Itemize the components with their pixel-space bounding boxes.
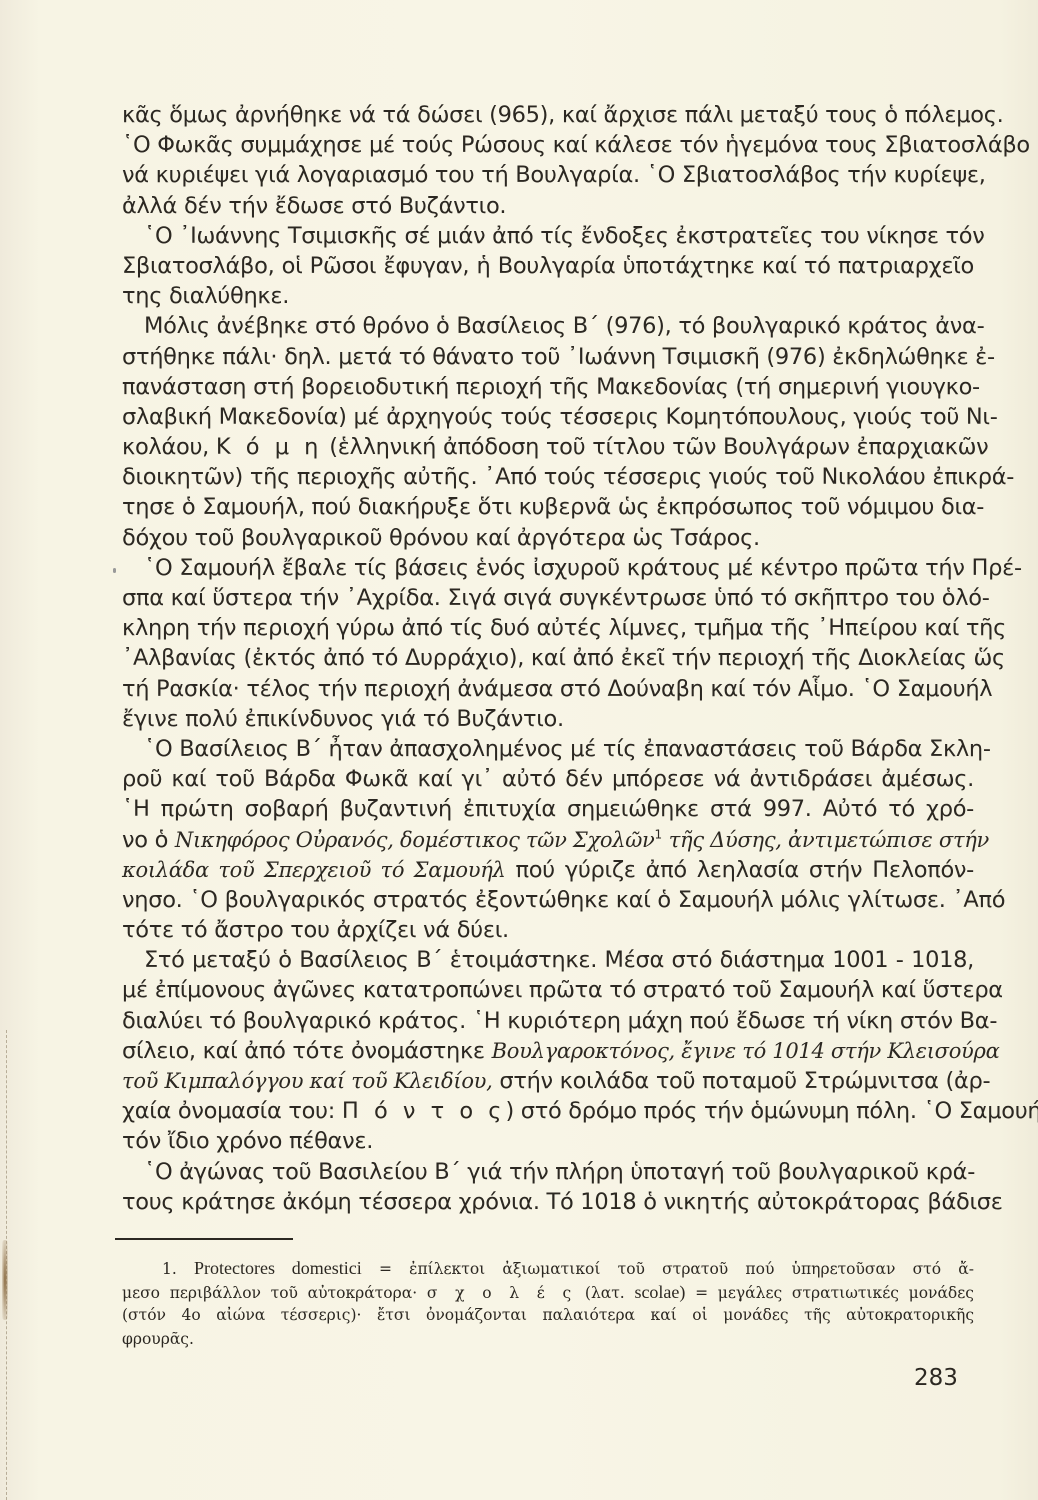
footnote-line: φρουρᾶς. bbox=[122, 1328, 974, 1352]
text-line: τή Ρασκία· τέλος τήν περιοχή ἀνάμεσα στό… bbox=[122, 674, 974, 704]
text-line: διαλύει τό βουλγαρικό κράτος. ῾Η κυριότε… bbox=[122, 1006, 974, 1036]
text-fragment: μεσο περιβάλλον τοῦ αὐτοκράτορα· bbox=[122, 1284, 417, 1302]
book-page: κᾶς ὅμως ἀρνήθηκε νά τά δώσει (965), καί… bbox=[0, 0, 1038, 1500]
text-line: ῾Ο ἀγώνας τοῦ Βασιλείου Β΄ γιά τήν πλήρη… bbox=[122, 1157, 974, 1187]
page-edge-stain bbox=[2, 1240, 8, 1320]
text-line: στήθηκε πάλι· δηλ. μετά τό θάνατο τοῦ ᾿Ι… bbox=[122, 342, 974, 372]
text-line: νά κυριέψει γιά λογαριασμό του τή Βουλγα… bbox=[122, 160, 974, 190]
text-line: ῾Ο ᾿Ιωάννης Τσιμισκῆς σέ μιάν ἀπό τίς ἔν… bbox=[122, 221, 974, 251]
text-fragment: σίλειο, καί ἀπό τότε ὀνομάστηκε bbox=[122, 1038, 485, 1064]
text-line: σλαβική Μακεδονία) μέ ἀρχηγούς τούς τέσσ… bbox=[122, 402, 974, 432]
text-line: χαία ὀνομασία του: Π ό ν τ ο ς) στό δρόμ… bbox=[122, 1096, 974, 1126]
spaced-term-pontos: Π ό ν τ ο ς bbox=[342, 1098, 506, 1124]
text-fragment: χαία ὀνομασία του: bbox=[122, 1098, 335, 1124]
text-line: τησε ὁ Σαμουήλ, πού διακήρυξε ὅτι κυβερν… bbox=[122, 492, 974, 522]
text-fragment: κολάου, bbox=[122, 434, 209, 460]
margin-mark bbox=[113, 568, 116, 573]
text-line: ῾Ο Φωκᾶς συμμάχησε μέ τούς Ρώσους καί κά… bbox=[122, 130, 974, 160]
text-line: κοιλάδα τοῦ Σπερχειοῦ τό Σαμουήλ πού γύρ… bbox=[122, 855, 974, 885]
spaced-term-scholes: σ χ ο λ έ ς bbox=[427, 1284, 575, 1302]
latin-term: scolae) bbox=[634, 1282, 685, 1302]
italic-fragment: κοιλάδα τοῦ Σπερχειοῦ τό Σαμουήλ bbox=[122, 858, 506, 882]
text-line: νησο. ῾Ο βουλγαρικός στρατός ἐξοντώθηκε … bbox=[122, 885, 974, 915]
text-fragment: = ἐπίλεκτοι ἀξιωματικοί τοῦ στρατοῦ πού … bbox=[379, 1260, 974, 1278]
text-fragment: = μεγάλες στρατιωτικές μονάδες bbox=[695, 1284, 974, 1302]
text-fragment: ) στό δρόμο πρός τήν ὁμώνυμη πόλη. ῾Ο Σα… bbox=[505, 1098, 1038, 1124]
text-line: τοῦ Κιμπαλόγγου καί τοῦ Κλειδίου, στήν κ… bbox=[122, 1066, 974, 1096]
body-text: κᾶς ὅμως ἀρνήθηκε νά τά δώσει (965), καί… bbox=[122, 100, 974, 1217]
italic-fragment: Νικηφόρος Οὐρανός, δομέστικος τῶν Σχολῶν bbox=[175, 828, 655, 852]
text-line: Σβιατοσλάβο, οἱ Ρῶσοι ἔφυγαν, ἡ Βουλγαρί… bbox=[122, 251, 974, 281]
text-line: τότε τό ἄστρο του ἀρχίζει νά δύει. bbox=[122, 915, 974, 945]
text-line: Μόλις ἀνέβηκε στό θρόνο ὁ Βασίλειος Β΄ (… bbox=[122, 311, 974, 341]
italic-fragment: Βουλγαροκτόνος, ἔγινε τό 1014 στήν Κλεισ… bbox=[492, 1039, 1000, 1063]
text-line: ᾿Αλβανίας (ἐκτός ἀπό τό Δυρράχιο), καί ἀ… bbox=[122, 643, 974, 673]
text-fragment: νο ὁ bbox=[122, 827, 168, 853]
text-fragment: πού γύριζε ἀπό λεηλασία στήν Πελοπόν- bbox=[515, 857, 974, 883]
text-fragment: (ἑλληνική ἀπόδοση τοῦ τίτλου τῶν Βουλγάρ… bbox=[329, 434, 988, 460]
text-line: ἔγινε πολύ ἐπικίνδυνος γιά τό Βυζάντιο. bbox=[122, 704, 974, 734]
footnote-number: 1. bbox=[162, 1260, 177, 1278]
text-line: νο ὁ Νικηφόρος Οὐρανός, δομέστικος τῶν Σ… bbox=[122, 825, 974, 855]
text-line: Στό μεταξύ ὁ Βασίλειος Β΄ ἑτοιμάστηκε. Μ… bbox=[122, 945, 974, 975]
text-line: σίλειο, καί ἀπό τότε ὀνομάστηκε Βουλγαρο… bbox=[122, 1036, 974, 1066]
text-fragment: στήν κοιλάδα τοῦ ποταμοῦ Στρώμνιτσα (ἀρ- bbox=[499, 1068, 990, 1094]
text-line: διοικητῶν) τῆς περιοχῆς αὐτῆς. ᾿Από τούς… bbox=[122, 462, 974, 492]
text-line: τους κράτησε ἀκόμη τέσσερα χρόνια. Τό 10… bbox=[122, 1187, 974, 1217]
footnote-line: μεσο περιβάλλον τοῦ αὐτοκράτορα· σ χ ο λ… bbox=[122, 1281, 974, 1305]
text-line: κᾶς ὅμως ἀρνήθηκε νά τά δώσει (965), καί… bbox=[122, 100, 974, 130]
footnote-separator bbox=[115, 1238, 293, 1240]
text-line: σπα καί ὕστερα τήν ᾿Αχρίδα. Σιγά σιγά συ… bbox=[122, 583, 974, 613]
text-line: πανάσταση στή βορειοδυτική περιοχή τῆς Μ… bbox=[122, 372, 974, 402]
footnote-line: 1. Protectores domestici = ἐπίλεκτοι ἀξι… bbox=[122, 1257, 974, 1281]
text-line: ροῦ καί τοῦ Βάρδα Φωκᾶ καί γι᾿ αὐτό δέν … bbox=[122, 764, 974, 794]
text-line: της διαλύθηκε. bbox=[122, 281, 974, 311]
text-line: μέ ἐπίμονους ἀγῶνες κατατροπώνει πρῶτα τ… bbox=[122, 975, 974, 1005]
text-line: ῾Η πρώτη σοβαρή βυζαντινή ἐπιτυχία σημει… bbox=[122, 794, 974, 824]
page-number: 283 bbox=[914, 1365, 958, 1391]
latin-term: Protectores domestici bbox=[194, 1258, 362, 1278]
text-line: κολάου, Κ ό μ η (ἑλληνική ἀπόδοση τοῦ τί… bbox=[122, 432, 974, 462]
text-fragment: (λατ. bbox=[585, 1284, 625, 1302]
text-line: ἀλλά δέν τήν ἔδωσε στό Βυζάντιο. bbox=[122, 191, 974, 221]
footnote-ref-1[interactable]: 1 bbox=[655, 827, 662, 841]
italic-fragment: τοῦ Κιμπαλόγγου καί τοῦ Κλειδίου, bbox=[122, 1069, 493, 1093]
footnote-line: (στόν 4ο αἰώνα τέσσερις)· ἔτσι ὀνομάζοντ… bbox=[122, 1304, 974, 1328]
text-line: ῾Ο Σαμουήλ ἔβαλε τίς βάσεις ἑνός ἰσχυροῦ… bbox=[122, 553, 974, 583]
spaced-term-komi: Κ ό μ η bbox=[216, 434, 323, 460]
text-line: κληρη τήν περιοχή γύρω ἀπό τίς δυό αὐτές… bbox=[122, 613, 974, 643]
text-line: δόχου τοῦ βουλγαρικοῦ θρόνου καί ἀργότερ… bbox=[122, 523, 974, 553]
italic-fragment: τῆς Δύσης, ἀντιμετώπισε στήν bbox=[669, 828, 989, 852]
footnotes: 1. Protectores domestici = ἐπίλεκτοι ἀξι… bbox=[122, 1257, 974, 1351]
text-line: τόν ἴδιο χρόνο πέθανε. bbox=[122, 1126, 974, 1156]
text-line: ῾Ο Βασίλειος Β΄ ἦταν ἀπασχολημένος μέ τί… bbox=[122, 734, 974, 764]
